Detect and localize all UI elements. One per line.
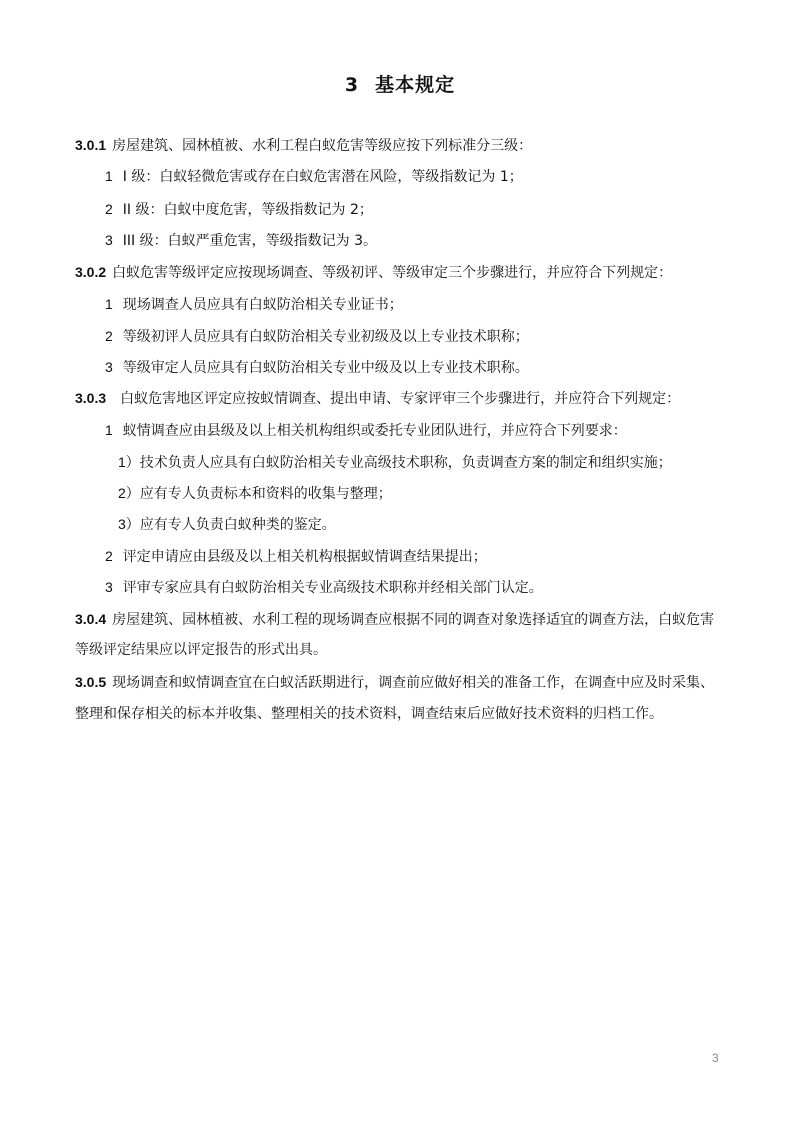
clause-number: 3.0.3 (75, 390, 106, 406)
item-text: 等级审定人员应具有白蚁防治相关专业中级及以上专业技术职称。 (123, 360, 529, 376)
item-text: 评审专家应具有白蚁防治相关专业高级技术职称并经相关部门认定。 (123, 580, 543, 596)
clause-number: 3.0.2 (75, 264, 106, 280)
list-item: 1蚁情调查应由县级及以上相关机构组织或委托专业团队进行，并应符合下列要求： (105, 420, 627, 441)
item-number: 1 (105, 420, 113, 440)
clause-number: 3.0.5 (75, 674, 106, 690)
clause-3-0-2: 3.0.2白蚁危害等级评定应按现场调查、等级初评、等级审定三个步骤进行，并应符合… (75, 262, 672, 283)
clause-text: 白蚁危害等级评定应按现场调查、等级初评、等级审定三个步骤进行，并应符合下列规定： (112, 265, 672, 281)
item-number: 1 (105, 166, 113, 186)
clause-number: 3.0.1 (75, 137, 106, 153)
chapter-heading: 基本规定 (375, 74, 455, 96)
item-number: 2 (105, 546, 113, 566)
sub-item-text: 应有专人负责白蚁种类的鉴定。 (140, 517, 336, 533)
list-item: 3等级审定人员应具有白蚁防治相关专业中级及以上专业技术职称。 (105, 357, 529, 378)
item-text: 蚁情调查应由县级及以上相关机构组织或委托专业团队进行，并应符合下列要求： (123, 423, 627, 439)
clause-text-line1: 现场调查和蚁情调查宜在白蚁活跃期进行，调查前应做好相关的准备工作，在调查中应及时… (112, 675, 714, 691)
clause-3-0-4-continued: 等级评定结果应以评定报告的形式出具。 (75, 640, 327, 660)
chapter-number: 3 (345, 74, 359, 96)
list-item: 3评审专家应具有白蚁防治相关专业高级技术职称并经相关部门认定。 (105, 577, 543, 598)
sub-item-number: 1） (118, 454, 140, 470)
clause-text-line1: 房屋建筑、园林植被、水利工程的现场调查应根据不同的调查对象选择适宜的调查方法，白… (112, 612, 714, 628)
clause-3-0-3: 3.0.3白蚁危害地区评定应按蚁情调查、提出申请、专家评审三个步骤进行，并应符合… (75, 388, 680, 409)
item-number: 3 (105, 577, 113, 597)
clause-number: 3.0.4 (75, 611, 106, 627)
chapter-title: 3基本规定 (0, 70, 800, 97)
clause-3-0-5-continued: 整理和保存相关的标本并收集、整理相关的技术资料，调查结束后应做好技术资料的归档工… (75, 704, 663, 724)
clause-text: 白蚁危害地区评定应按蚁情调查、提出申请、专家评审三个步骤进行，并应符合下列规定： (120, 391, 680, 407)
list-item: 1I 级：白蚁轻微危害或存在白蚁危害潜在风险，等级指数记为 1； (105, 166, 523, 187)
clause-3-0-1: 3.0.1房屋建筑、园林植被、水利工程白蚁危害等级应按下列标准分三级： (75, 135, 532, 156)
sub-list-item: 2）应有专人负责标本和资料的收集与整理； (118, 483, 392, 504)
item-text: I 级：白蚁轻微危害或存在白蚁危害潜在风险，等级指数记为 1； (123, 169, 523, 185)
item-number: 3 (105, 230, 113, 250)
sub-list-item: 1）技术负责人应具有白蚁防治相关专业高级技术职称，负责调查方案的制定和组织实施； (118, 452, 672, 473)
clause-text-line2: 等级评定结果应以评定报告的形式出具。 (75, 642, 327, 658)
item-text: 现场调查人员应具有白蚁防治相关专业证书； (123, 297, 403, 313)
sub-item-number: 2） (118, 485, 140, 501)
clause-3-0-4: 3.0.4房屋建筑、园林植被、水利工程的现场调查应根据不同的调查对象选择适宜的调… (75, 609, 714, 630)
sub-item-text: 技术负责人应具有白蚁防治相关专业高级技术职称，负责调查方案的制定和组织实施； (140, 455, 672, 471)
clause-3-0-5: 3.0.5现场调查和蚁情调查宜在白蚁活跃期进行，调查前应做好相关的准备工作，在调… (75, 672, 714, 693)
list-item: 1现场调查人员应具有白蚁防治相关专业证书； (105, 294, 403, 315)
item-text: 评定申请应由县级及以上相关机构根据蚁情调查结果提出； (123, 549, 487, 565)
item-number: 1 (105, 294, 113, 314)
item-text: III 级：白蚁严重危害，等级指数记为 3。 (123, 233, 377, 249)
page-number: 3 (712, 1051, 719, 1065)
clause-text: 房屋建筑、园林植被、水利工程白蚁危害等级应按下列标准分三级： (112, 138, 532, 154)
sub-list-item: 3）应有专人负责白蚁种类的鉴定。 (118, 514, 336, 535)
item-text: 等级初评人员应具有白蚁防治相关专业初级及以上专业技术职称； (123, 329, 529, 345)
item-number: 3 (105, 357, 113, 377)
list-item: 2等级初评人员应具有白蚁防治相关专业初级及以上专业技术职称； (105, 326, 529, 347)
item-number: 2 (105, 326, 113, 346)
sub-item-number: 3） (118, 516, 140, 532)
item-text: II 级：白蚁中度危害，等级指数记为 2； (123, 202, 373, 218)
list-item: 2II 级：白蚁中度危害，等级指数记为 2； (105, 199, 373, 220)
list-item: 2评定申请应由县级及以上相关机构根据蚁情调查结果提出； (105, 546, 487, 567)
clause-text-line2: 整理和保存相关的标本并收集、整理相关的技术资料，调查结束后应做好技术资料的归档工… (75, 706, 663, 722)
item-number: 2 (105, 199, 113, 219)
list-item: 3III 级：白蚁严重危害，等级指数记为 3。 (105, 230, 377, 251)
sub-item-text: 应有专人负责标本和资料的收集与整理； (140, 486, 392, 502)
